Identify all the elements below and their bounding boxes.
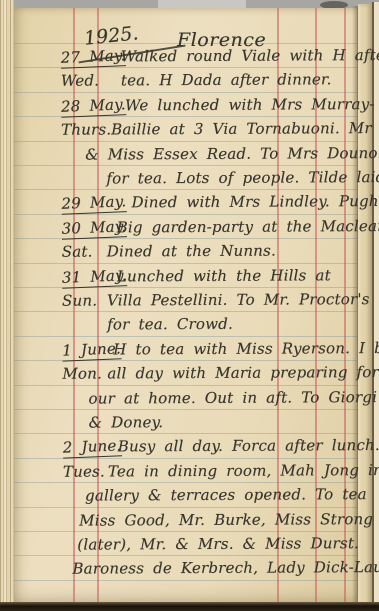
entry-text: for tea. Crowd. — [107, 315, 233, 334]
diary-line: Miss Good, Mr. Burke, Miss Strong — [15, 510, 358, 536]
entry-day: Mon. — [62, 365, 102, 383]
entry-text: (later), Mr. & Mrs. & Miss Durst. — [77, 534, 359, 553]
diary-line: 28 May.We lunched with Mrs Murray- — [13, 95, 356, 121]
entry-text: Dined with Mrs Lindley. Pughes. — [131, 192, 379, 211]
entry-text: Walked round Viale with H after — [121, 46, 379, 65]
entry-text: tea. H Dada after dinner. — [121, 71, 332, 90]
diary-line: 29 May.Dined with Mrs Lindley. Pughes. — [13, 192, 356, 218]
diary-line: Tues.Tea in dining room, Mah Jong in — [15, 461, 358, 487]
entry-text: Miss Good, Mr. Burke, Miss Strong — [79, 510, 373, 530]
entry-text: Dined at the Nunns. — [107, 242, 276, 261]
diary-line: 27 May.Walked round Viale with H after — [13, 46, 356, 72]
entry-day: Sat. — [62, 243, 93, 261]
diary-line: & Miss Essex Read. To Mrs Dounon — [13, 144, 356, 170]
diary-line: Thurs.Baillie at 3 Via Tornabuoni. Mr — [13, 119, 356, 145]
entry-day: Sun. — [62, 291, 97, 309]
diary-line: 31 May.Lunched with the Hills at — [14, 266, 357, 292]
entry-date: 27 May. — [60, 46, 126, 69]
diary-entries: 27 May.Walked round Viale with H afterWe… — [12, 7, 358, 605]
entry-text: Tea in dining room, Mah Jong in — [108, 461, 379, 480]
entry-day: Wed. — [61, 72, 99, 90]
entry-text: Villa Pestellini. To Mr. Proctor's — [107, 290, 370, 309]
entry-text: Lunched with the Hills at — [117, 266, 331, 285]
entry-text: Busy all day. Forca after lunch. — [118, 436, 379, 455]
diary-line: Sun.Villa Pestellini. To Mr. Proctor's — [14, 290, 357, 316]
entry-text: Baillie at 3 Via Tornabuoni. Mr — [111, 119, 372, 138]
entry-text: for tea. Lots of people. Tilde laid up. — [106, 168, 379, 188]
diary-line: gallery & terraces opened. To tea — [15, 485, 358, 511]
diary-line: 2 June.Busy all day. Forca after lunch. — [15, 436, 358, 462]
diary-line: Baroness de Kerbrech, Lady Dick-Lauder. — [15, 558, 358, 584]
entry-text: all day with Maria preparing for — [107, 363, 379, 382]
diary-line: (later), Mr. & Mrs. & Miss Durst. — [15, 534, 358, 560]
diary-line: for tea. Lots of people. Tilde laid up. — [13, 168, 356, 194]
entry-text: our at home. Out in aft. To Giorgi — [88, 388, 377, 408]
diary-line: Sat.Dined at the Nunns. — [14, 241, 357, 267]
entry-date: 2 June. — [62, 437, 121, 459]
diary-line: Wed.tea. H Dada after dinner. — [13, 70, 356, 96]
entry-text: gallery & terraces opened. To tea — [85, 485, 367, 504]
diary-line: 1 June.H to tea with Miss Ryerson. I bus… — [14, 339, 357, 365]
diary-page: 1925. Florence 27 May.Walked round Viale… — [14, 8, 357, 604]
entry-text: & Doney. — [89, 413, 164, 431]
entry-text: Baroness de Kerbrech, Lady Dick-Lauder. — [72, 558, 379, 578]
entry-date: 28 May. — [61, 95, 127, 118]
entry-day: Tues. — [63, 462, 105, 480]
diary-line: our at home. Out in aft. To Giorgi — [14, 388, 357, 414]
diary-line: for tea. Crowd. — [14, 314, 357, 340]
diary-photo: 1925. Florence 27 May.Walked round Viale… — [0, 0, 379, 611]
diary-line: & Doney. — [15, 412, 358, 438]
entry-text: & Miss Essex Read. To Mrs Dounon — [85, 144, 379, 164]
entry-text: H to tea with Miss Ryerson. I busy — [113, 339, 379, 359]
diary-line: 30 May.Big garden-party at the Macleans. — [14, 217, 357, 243]
entry-date: 29 May. — [61, 193, 127, 216]
entry-text: Big garden-party at the Macleans. — [117, 217, 379, 236]
far-page-edge — [374, 2, 379, 606]
diary-line: Mon.all day with Maria preparing for — [14, 363, 357, 389]
entry-text: We lunched with Mrs Murray- — [125, 95, 375, 114]
entry-day: Thurs. — [61, 121, 111, 139]
book-bottom-shadow — [0, 602, 379, 611]
